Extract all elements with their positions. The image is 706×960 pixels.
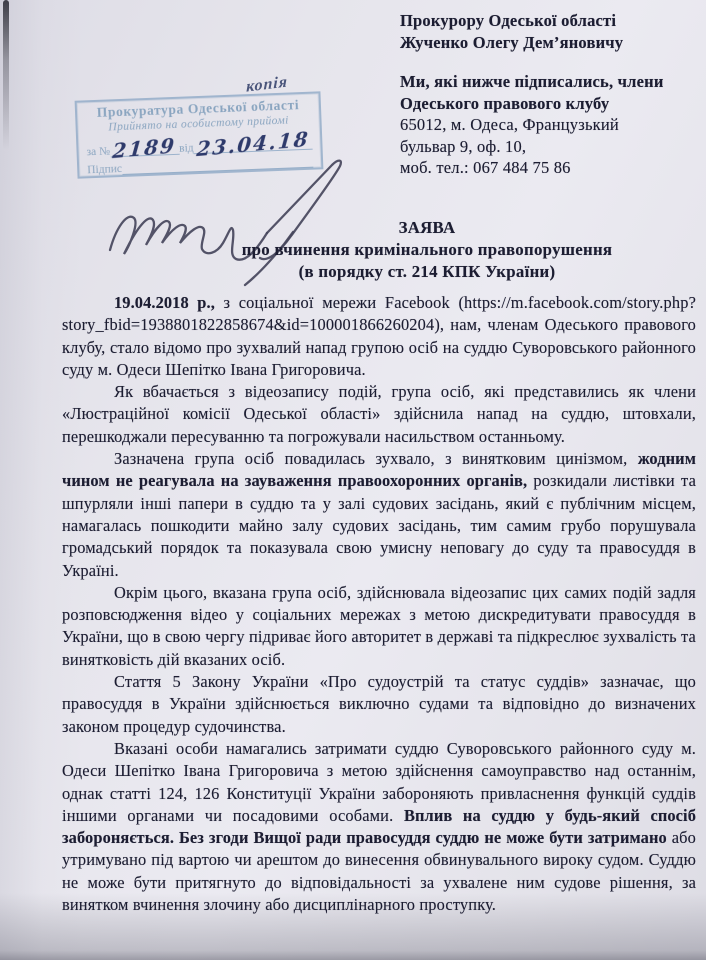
text-segment: Як вбачається з відеозапису подій, група…: [62, 382, 696, 446]
document-page: Прокурору Одеської області Жученко Олегу…: [0, 0, 706, 960]
sender-line: Одеського правового клубу: [400, 93, 700, 115]
handwritten-number: 2189: [112, 138, 177, 158]
stamp-number-label: за №: [86, 145, 110, 158]
document-body: 19.04.2018 р., з соціальної мережи Faceb…: [62, 292, 696, 916]
text-segment: 19.04.2018 р.,: [114, 293, 223, 312]
address-block: Прокурору Одеської області Жученко Олегу…: [400, 10, 700, 179]
paragraph: 19.04.2018 р., з соціальної мережи Faceb…: [62, 292, 696, 381]
stamp-date-line: 23.04.18: [193, 135, 312, 155]
text-segment: Стаття 5 Закону України «Про судоустрій …: [62, 672, 696, 736]
paragraph: Стаття 5 Закону України «Про судоустрій …: [62, 671, 696, 738]
title-subject: про вчинення кримінального правопорушенн…: [158, 239, 696, 261]
paragraph: Зазначена група осіб повадилась зухвало,…: [62, 448, 696, 582]
spacer: [400, 53, 700, 71]
text-segment: Зазначена група осіб повадилась зухвало,…: [114, 449, 638, 468]
recipient-line: Жученко Олегу Дем’яновичу: [400, 32, 700, 54]
sender-phone: моб. тел.: 067 484 75 86: [400, 157, 700, 179]
sender-address: бульвар 9, оф. 10,: [400, 136, 700, 158]
paragraph: Як вбачається з відеозапису подій, група…: [62, 381, 696, 448]
sender-address: 65012, м. Одеса, Французький: [400, 114, 700, 136]
recipient-line: Прокурору Одеської області: [400, 10, 700, 32]
sender-line: Ми, які нижче підписались, члени: [400, 71, 700, 93]
text-segment: Окрім цього, вказана група осіб, здійсню…: [62, 583, 696, 669]
title-legal-basis: (в порядку ст. 214 КПК України): [158, 261, 696, 283]
stamp-signature-label: Підпис: [87, 163, 122, 176]
stamp-date-label: від: [179, 142, 194, 155]
document-title: ЗАЯВА про вчинення кримінального правопо…: [62, 217, 696, 283]
registration-stamp: Прокуратура Одеської області Прийнято на…: [75, 91, 324, 178]
title-word: ЗАЯВА: [158, 217, 696, 239]
photo-edge-artifact: [3, 0, 9, 150]
paragraph: Вказані особи намагались затримати суддю…: [62, 738, 696, 916]
stamp-number-line: 2189: [110, 140, 180, 158]
paragraph: Окрім цього, вказана група осіб, здійсню…: [62, 582, 696, 671]
